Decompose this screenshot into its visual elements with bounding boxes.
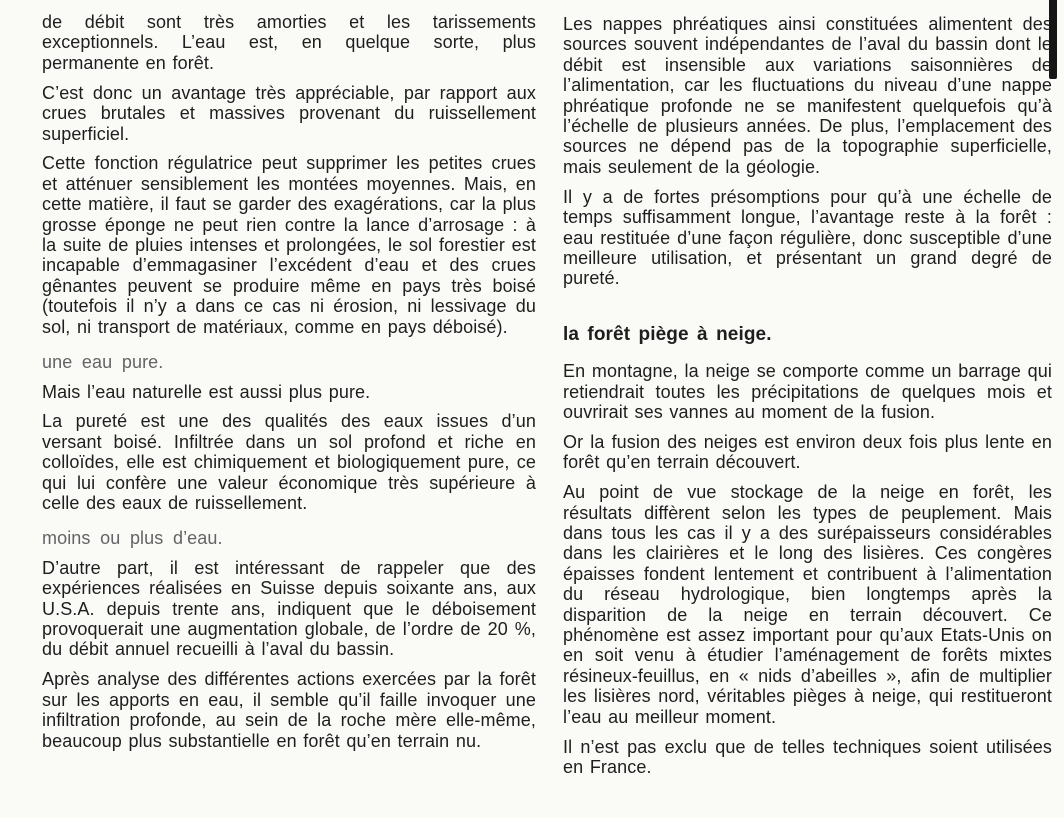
paragraph: En montagne, la neige se comporte comme … bbox=[563, 361, 1052, 422]
scan-edge-artifact bbox=[1049, 0, 1057, 79]
paragraph: Au point de vue stockage de la neige en … bbox=[563, 482, 1052, 727]
right-column: Les nappes phréatiques ainsi constituées… bbox=[563, 0, 1052, 787]
paragraph: Mais l’eau naturelle est aussi plus pure… bbox=[42, 382, 536, 402]
heading-la-foret-piege-a-neige: la forêt piège à neige. bbox=[563, 325, 1052, 345]
paragraph: Il n’est pas exclu que de telles techniq… bbox=[563, 737, 1052, 778]
paragraph: Il y a de fortes présomptions pour qu’à … bbox=[563, 187, 1052, 289]
subheading-une-eau-pure: une eau pure. bbox=[42, 352, 536, 372]
paragraph: de débit sont très amorties et les taris… bbox=[42, 12, 536, 73]
subheading-moins-ou-plus-deau: moins ou plus d’eau. bbox=[42, 528, 536, 548]
scanned-page: de débit sont très amorties et les taris… bbox=[0, 0, 1064, 818]
paragraph: Après analyse des différentes actions ex… bbox=[42, 669, 536, 751]
paragraph: D’autre part, il est intéressant de rapp… bbox=[42, 558, 536, 660]
left-column: de débit sont très amorties et les taris… bbox=[42, 0, 536, 761]
paragraph: Les nappes phréatiques ainsi constituées… bbox=[563, 14, 1052, 177]
paragraph: La pureté est une des qualités des eaux … bbox=[42, 411, 536, 513]
paragraph: C’est donc un avantage très appréciable,… bbox=[42, 83, 536, 144]
paragraph: Or la fusion des neiges est environ deux… bbox=[563, 432, 1052, 473]
paragraph: Cette fonction régulatrice peut supprime… bbox=[42, 153, 536, 337]
